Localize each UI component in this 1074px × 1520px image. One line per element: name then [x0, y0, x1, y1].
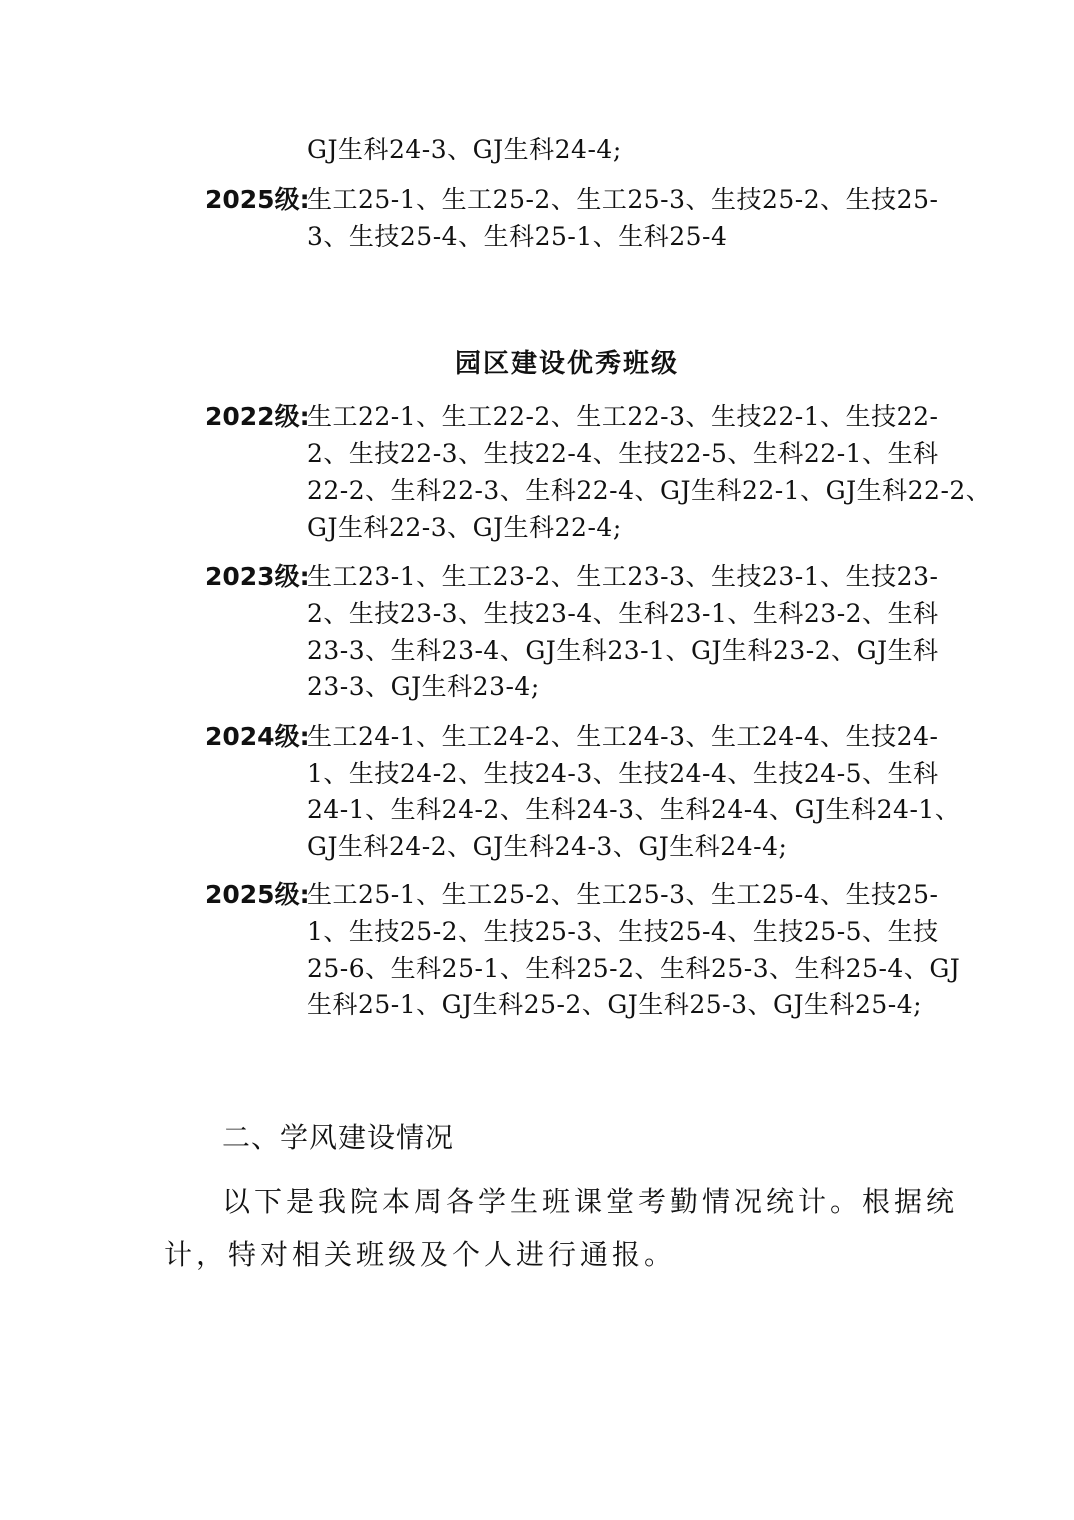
grade-line: 生工25-1、生工25-2、生工25-3、生技25-2、生技25-: [307, 182, 938, 218]
grade-label-2025-top: 2025级:: [205, 182, 310, 218]
grade-line: 生工22-1、生工22-2、生工22-3、生技22-1、生技22-: [307, 399, 938, 435]
grade-line: 生工23-1、生工23-2、生工23-3、生技23-1、生技23-: [307, 559, 938, 595]
grade-line: 生科25-1、GJ生科25-2、GJ生科25-3、GJ生科25-4;: [307, 987, 922, 1023]
grade-line: 24-1、生科24-2、生科24-3、生科24-4、GJ生科24-1、: [307, 792, 960, 828]
section-title: 园区建设优秀班级: [0, 346, 1074, 382]
grade-line: 生工25-1、生工25-2、生工25-3、生工25-4、生技25-: [307, 877, 938, 913]
paragraph-line: 以下是我院本周各学生班课堂考勤情况统计。根据统: [222, 1182, 958, 1222]
grade-line: 25-6、生科25-1、生科25-2、生科25-3、生科25-4、GJ: [307, 951, 960, 987]
grade-label-2024: 2024级:: [205, 719, 310, 755]
grade-line: 1、生技25-2、生技25-3、生技25-4、生技25-5、生技: [307, 914, 939, 950]
grade-line: GJ生科22-3、GJ生科22-4;: [307, 510, 622, 546]
grade-line: 2、生技22-3、生技22-4、生技22-5、生科22-1、生科: [307, 436, 939, 472]
grade-label-2023: 2023级:: [205, 559, 310, 595]
section-heading: 二、学风建设情况: [222, 1118, 454, 1158]
grade-label-2022: 2022级:: [205, 399, 310, 435]
continuation-line: GJ生科24-3、GJ生科24-4;: [307, 132, 622, 168]
grade-line: 23-3、生科23-4、GJ生科23-1、GJ生科23-2、GJ生科: [307, 633, 939, 669]
grade-line: 2、生技23-3、生技23-4、生科23-1、生科23-2、生科: [307, 596, 939, 632]
grade-line: GJ生科24-2、GJ生科24-3、GJ生科24-4;: [307, 829, 787, 865]
grade-line: 生工24-1、生工24-2、生工24-3、生工24-4、生技24-: [307, 719, 938, 755]
grade-line: 22-2、生科22-3、生科22-4、GJ生科22-1、GJ生科22-2、: [307, 473, 991, 509]
paragraph-line: 计，特对相关班级及个人进行通报。: [164, 1235, 676, 1275]
grade-line: 23-3、GJ生科23-4;: [307, 669, 540, 705]
grade-line: 1、生技24-2、生技24-3、生技24-4、生技24-5、生科: [307, 756, 939, 792]
grade-label-2025: 2025级:: [205, 877, 310, 913]
grade-line: 3、生技25-4、生科25-1、生科25-4: [307, 219, 727, 255]
